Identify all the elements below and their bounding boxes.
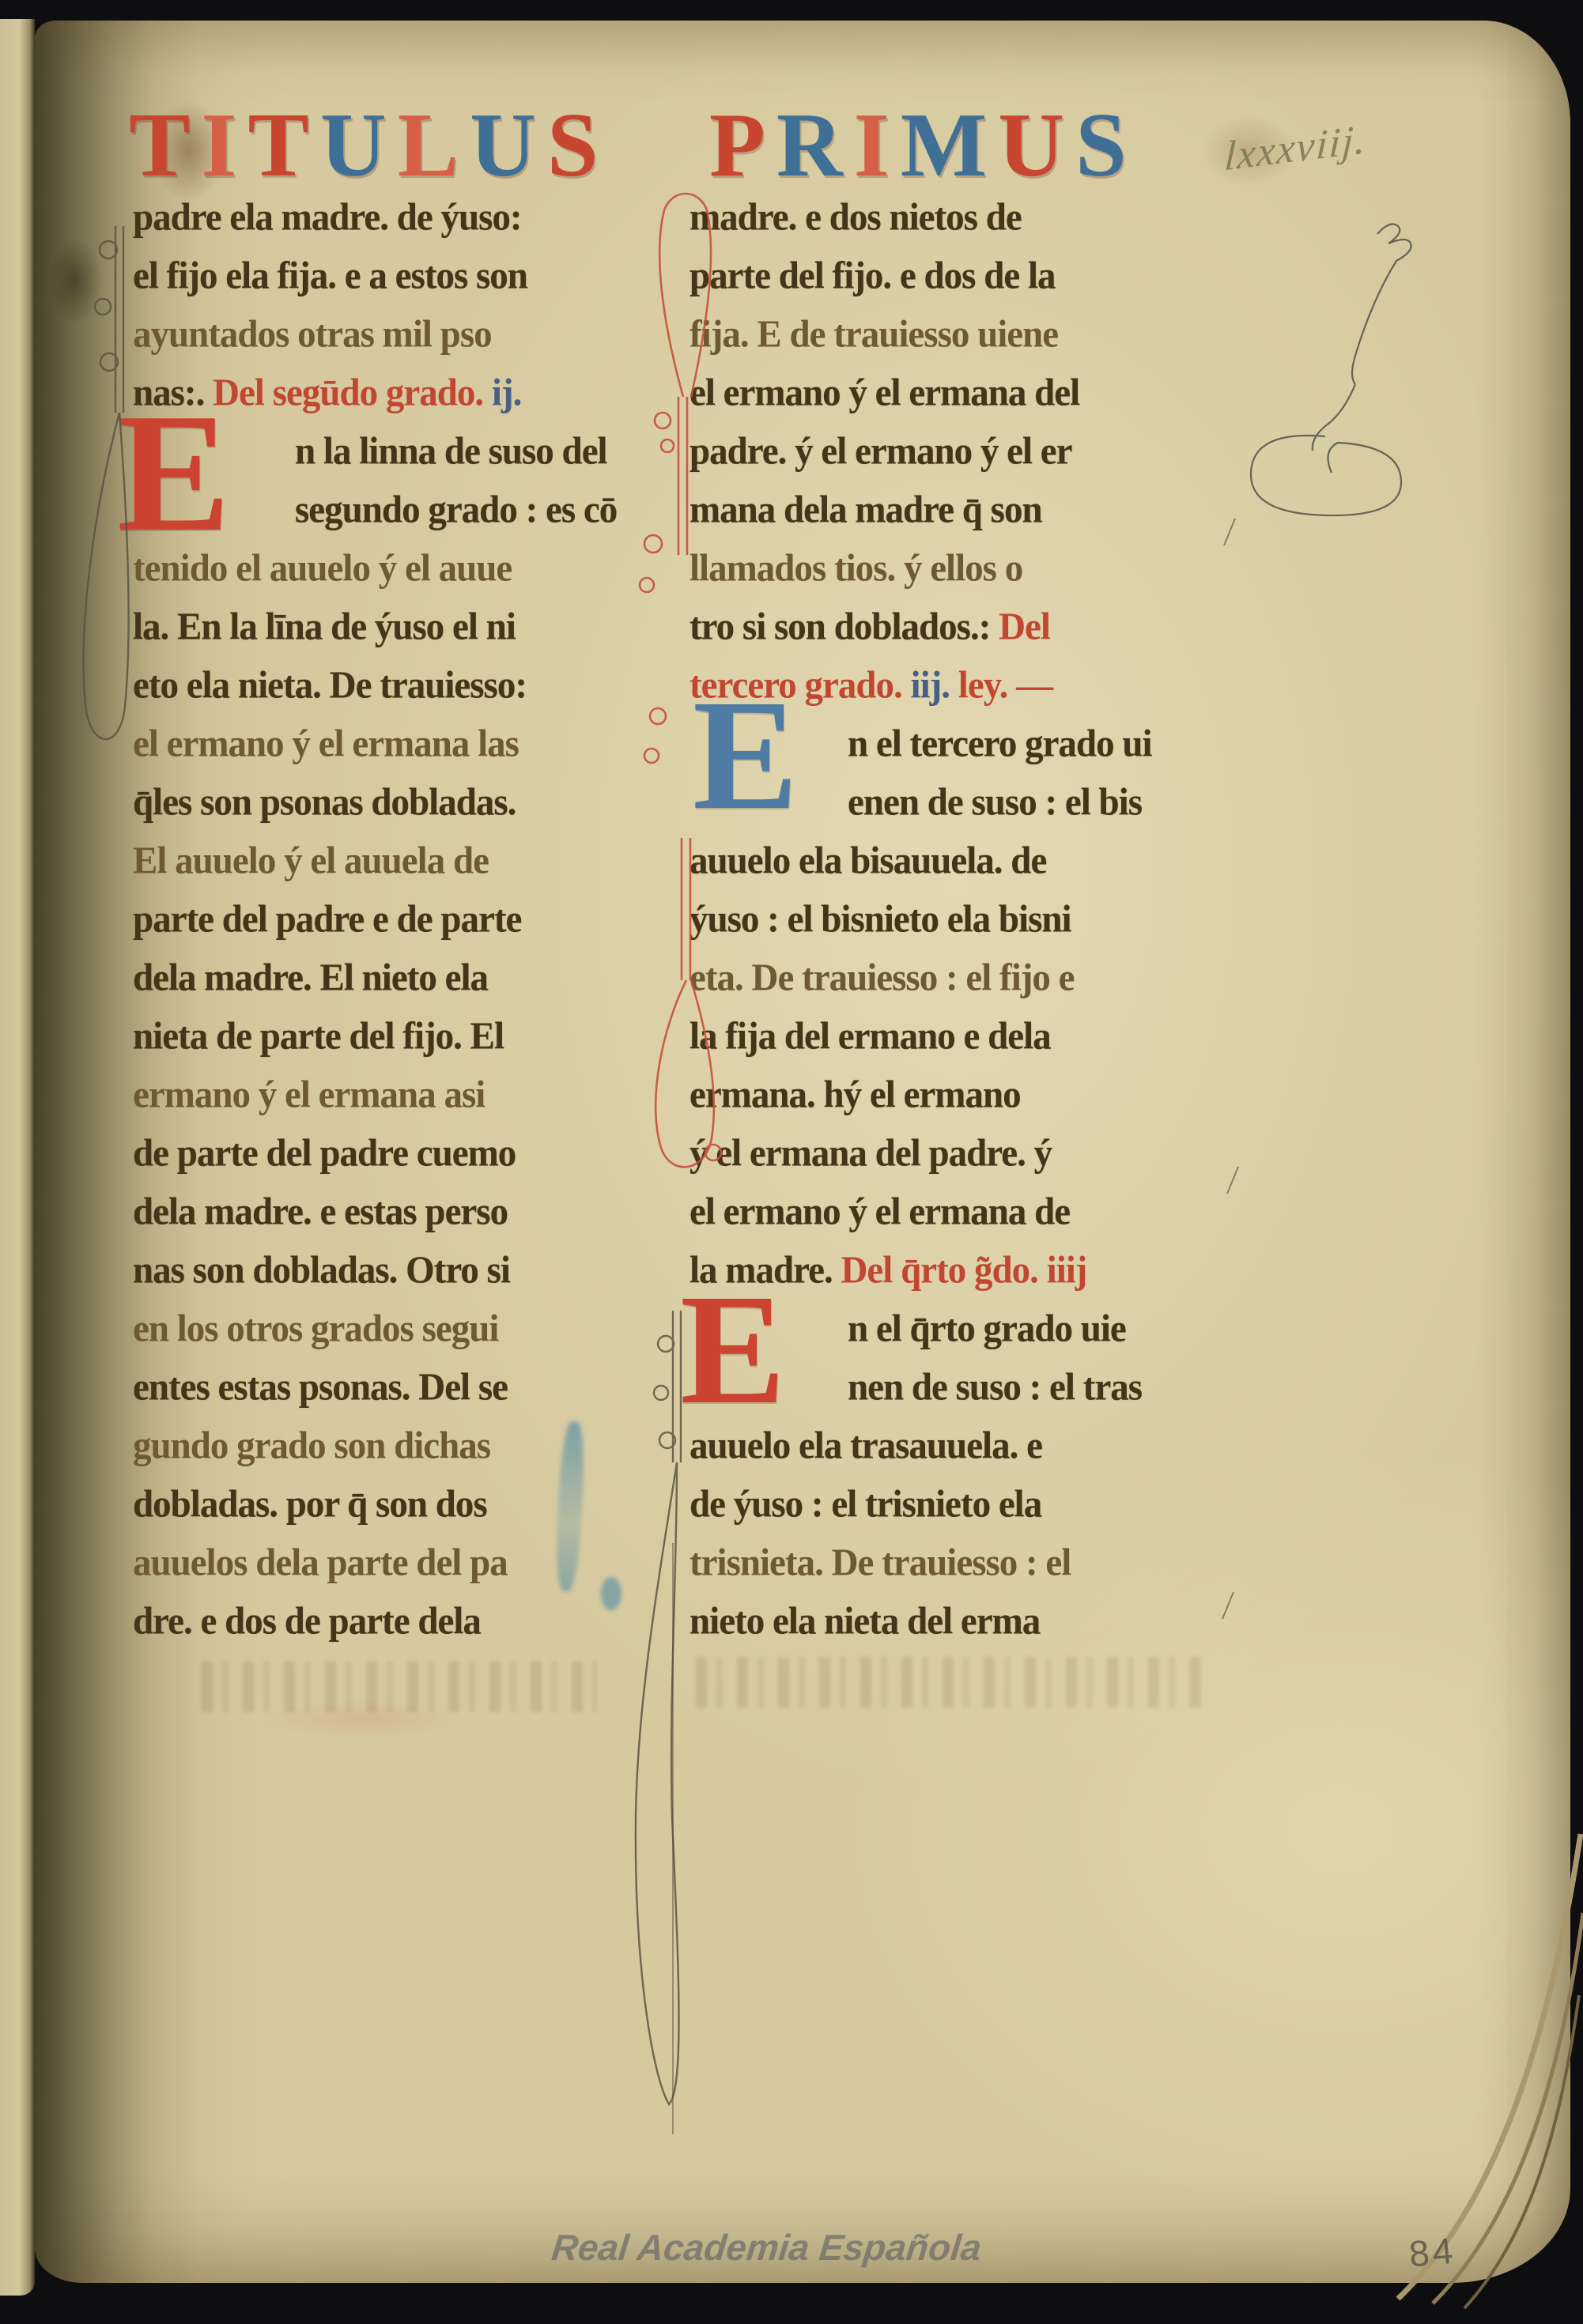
body-text: la fija del ermano e dela [689, 1015, 1051, 1058]
text-line: dela madre. e estas perso [133, 1183, 648, 1243]
body-text: auuelo ela bisauuela. de [689, 839, 1046, 882]
text-line: padre ela madre. de ýuso: [133, 189, 648, 249]
library-watermark: Real Academia Española [550, 2226, 984, 2269]
body-text: dela madre. e estas perso [133, 1190, 508, 1233]
body-text: dre. e dos de parte dela [133, 1600, 481, 1643]
body-text: eta. De trauiesso : el fijo e [689, 956, 1075, 999]
body-text: dobladas. por q̄ son dos [133, 1483, 487, 1526]
rubric-text: Del segūdo grado. [213, 372, 492, 414]
facing-page-edge [0, 19, 35, 2296]
text-line: entes estas psonas. Del se [133, 1359, 648, 1419]
body-text: padre. ý el ermano ý el er [689, 430, 1071, 473]
text-line: el fijo ela fija. e a estos son [133, 247, 648, 307]
body-text: El auuelo ý el auuela de [133, 839, 489, 882]
text-line: padre. ý el ermano ý el er [689, 423, 1215, 483]
text-line: trisnieta. De trauiesso : el [689, 1534, 1215, 1594]
text-line: ermana. hý el ermano [689, 1066, 1215, 1126]
body-text: de parte del padre cuemo [133, 1132, 516, 1175]
ghost-offset-text-left [202, 1662, 597, 1712]
body-text: la. En la līna de ýuso el ni [133, 606, 516, 648]
rubric-text: Del q̄rto g̃do. iiij [841, 1249, 1086, 1292]
manuscript-scan: TITULUS PRIMUS lxxxviij. padre ela madre… [0, 0, 1583, 2324]
text-line: dela madre. El nieto ela [133, 949, 648, 1009]
body-text: gundo grado son dichas [133, 1424, 490, 1467]
text-line: de parte del padre cuemo [133, 1125, 648, 1185]
body-text: ermano ý el ermana asi [133, 1073, 485, 1116]
text-line: q̄les son psonas dobladas. [133, 774, 648, 834]
body-text: ý el ermana del padre. ý [689, 1132, 1052, 1175]
body-text: parte del padre e de parte [133, 898, 521, 941]
body-text: el ermano ý el ermana de [689, 1190, 1070, 1233]
ghost-offset-text-right [696, 1657, 1202, 1707]
text-line: parte del padre e de parte [133, 891, 648, 951]
text-line: el ermano ý el ermana las [133, 715, 648, 775]
text-line: auuelos dela parte del pa [133, 1534, 648, 1594]
initial-e-red-quarto: E [680, 1284, 785, 1417]
body-text: fija. E de trauiesso uiene [689, 313, 1058, 356]
text-line: gundo grado son dichas [133, 1417, 648, 1477]
body-text: el ermano ý el ermana del [689, 372, 1079, 414]
text-line: en los otros grados segui [133, 1300, 648, 1360]
body-text: madre. e dos nietos de [689, 196, 1022, 239]
body-text: ýuso : el bisnieto ela bisni [689, 898, 1071, 941]
text-line: fija. E de trauiesso uiene [689, 306, 1215, 366]
body-text: n el tercero grado ui [848, 722, 1152, 765]
body-text: n la linna de suso del [295, 430, 607, 473]
body-text: eto ela nieta. De trauiesso: [133, 664, 527, 707]
text-line: nas son dobladas. Otro si [133, 1242, 648, 1302]
text-line: el ermano ý el ermana del [689, 364, 1215, 424]
text-line: tro si son doblados.: Del [689, 598, 1215, 658]
text-line: El auuelo ý el auuela de [133, 832, 648, 892]
body-text: padre ela madre. de ýuso: [133, 196, 522, 239]
body-text: nas son dobladas. Otro si [133, 1249, 510, 1292]
body-text: en los otros grados segui [133, 1307, 498, 1350]
text-line: parte del fijo. e dos de la [689, 247, 1215, 307]
body-text: ermana. hý el ermano [689, 1073, 1021, 1116]
text-line: eta. De trauiesso : el fijo e [689, 949, 1215, 1009]
body-text: el ermano ý el ermana las [133, 722, 519, 765]
text-line: nieto ela nieta del erma [689, 1593, 1215, 1653]
body-text: mana dela madre q̄ son [689, 489, 1042, 531]
text-line: dre. e dos de parte dela [133, 1593, 648, 1653]
text-line: ermano ý el ermana asi [133, 1066, 648, 1126]
body-text: llamados tios. ý ellos o [689, 547, 1022, 590]
text-line: eto ela nieta. De trauiesso: [133, 657, 648, 717]
text-line: madre. e dos nietos de [689, 189, 1215, 249]
number-text: ij. [492, 372, 521, 414]
text-line: mana dela madre q̄ son [689, 481, 1215, 541]
text-line: ayuntados otras mil pso [133, 306, 648, 366]
text-line: ýuso : el bisnieto ela bisni [689, 891, 1215, 951]
body-text: tro si son doblados.: [689, 606, 999, 648]
body-text: ayuntados otras mil pso [133, 313, 492, 356]
text-line: nieta de parte del fijo. El [133, 1008, 648, 1068]
body-text: el fijo ela fija. e a estos son [133, 255, 527, 297]
body-text: nieta de parte del fijo. El [133, 1015, 504, 1058]
body-text: nieto ela nieta del erma [689, 1600, 1040, 1643]
body-text: de ýuso : el trisnieto ela [689, 1483, 1041, 1526]
body-text: parte del fijo. e dos de la [689, 255, 1056, 297]
text-line: la fija del ermano e dela [689, 1008, 1215, 1068]
rubric-text: ley. — [958, 664, 1052, 707]
text-line: llamados tios. ý ellos o [689, 540, 1215, 600]
body-text: trisnieta. De trauiesso : el [689, 1541, 1071, 1584]
body-text: enen de suso : el bis [848, 781, 1142, 824]
text-line: de ýuso : el trisnieto ela [689, 1476, 1215, 1536]
body-text: dela madre. El nieto ela [133, 956, 488, 999]
text-line: dobladas. por q̄ son dos [133, 1476, 648, 1536]
rubric-text: Del [999, 606, 1050, 648]
body-text: n el q̄rto grado uie [848, 1307, 1126, 1350]
initial-e-blue-tercero: E [693, 689, 798, 822]
body-text: auuelos dela parte del pa [133, 1541, 508, 1584]
body-text: entes estas psonas. Del se [133, 1366, 508, 1409]
body-text: q̄les son psonas dobladas. [133, 781, 516, 824]
initial-e-red-segundo: E [117, 402, 230, 545]
text-line: el ermano ý el ermana de [689, 1183, 1215, 1243]
number-text: iij. [911, 664, 958, 707]
body-text: segundo grado : es cō [295, 489, 617, 531]
text-line: ý el ermana del padre. ý [689, 1125, 1215, 1185]
text-line: la. En la līna de ýuso el ni [133, 598, 648, 658]
pencil-page-number: 84 [1407, 2229, 1458, 2276]
body-text: nen de suso : el tras [848, 1366, 1142, 1409]
